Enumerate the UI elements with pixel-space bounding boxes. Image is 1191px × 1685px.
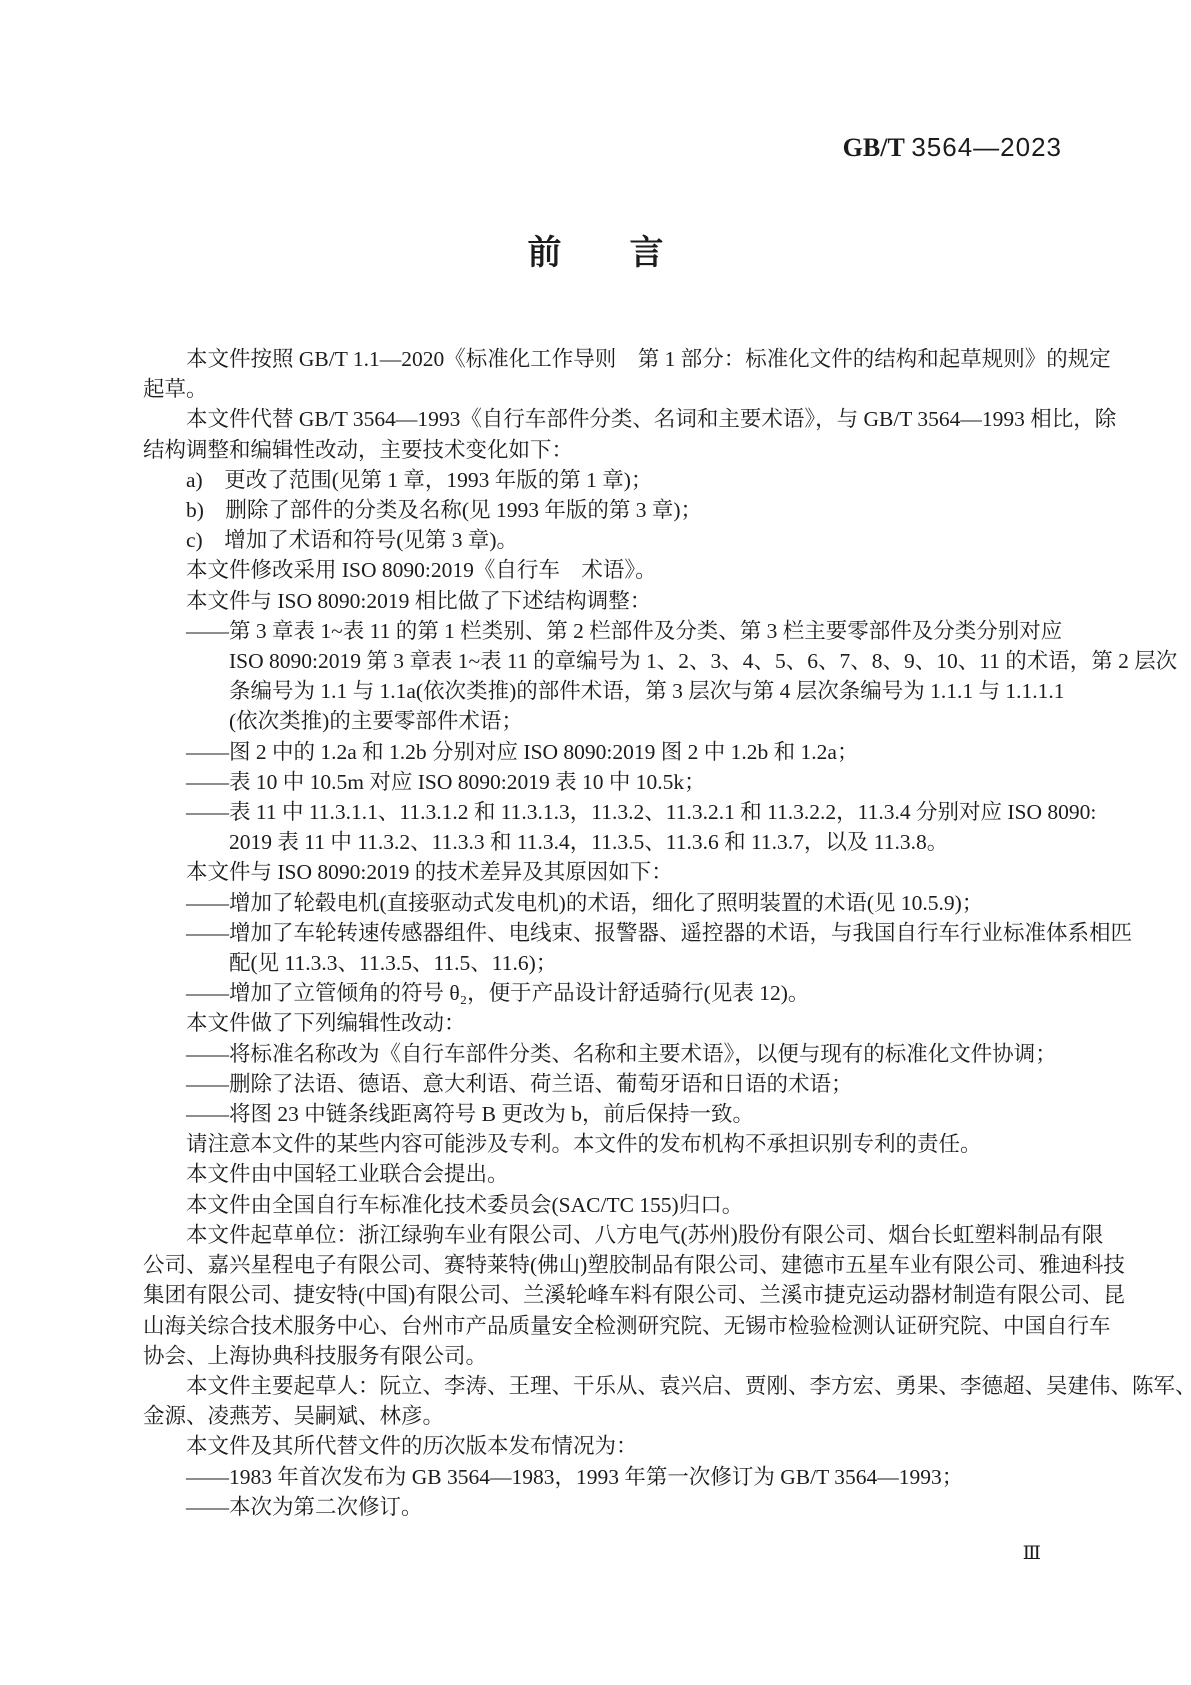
body-text: 本文件按照 GB/T 1.1—2020《标准化工作导则 第 1 部分：标准化文件…: [143, 344, 1061, 1522]
text-line: ——将图 23 中链条线距离符号 B 更改为 b，前后保持一致。: [186, 1099, 1061, 1129]
text-line: ISO 8090:2019 第 3 章表 1~表 11 的章编号为 1、2、3、…: [229, 646, 1061, 676]
text-line: 本文件与 ISO 8090:2019 相比做了下述结构调整：: [186, 586, 1061, 616]
text-line: 本文件修改采用 ISO 8090:2019《自行车 术语》。: [186, 555, 1061, 585]
text-line: 协会、上海协典科技服务有限公司。: [143, 1341, 1061, 1371]
text-line: 条编号为 1.1 与 1.1a(依次类推)的部件术语，第 3 层次与第 4 层次…: [229, 676, 1061, 706]
text-line: 请注意本文件的某些内容可能涉及专利。本文件的发布机构不承担识别专利的责任。: [186, 1129, 1061, 1159]
text-line: ——增加了车轮转速传感器组件、电线束、报警器、遥控器的术语，与我国自行车行业标准…: [186, 918, 1061, 948]
text-line: 2019 表 11 中 11.3.2、11.3.3 和 11.3.4，11.3.…: [229, 827, 1061, 857]
text-line: ——第 3 章表 1~表 11 的第 1 栏类别、第 2 栏部件及分类、第 3 …: [186, 616, 1061, 646]
standard-year-number: 3564—2023: [911, 132, 1062, 162]
text-line: 本文件由全国自行车标准化技术委员会(SAC/TC 155)归口。: [186, 1190, 1061, 1220]
text-line: 结构调整和编辑性改动，主要技术变化如下：: [143, 435, 1061, 465]
text-line: 起草。: [143, 374, 1061, 404]
text-line: ——1983 年首次发布为 GB 3564—1983，1993 年第一次修订为 …: [186, 1462, 1061, 1492]
text-line: 配(见 11.3.3、11.3.5、11.5、11.6)；: [229, 948, 1061, 978]
text-line: ——删除了法语、德语、意大利语、荷兰语、葡萄牙语和日语的术语；: [186, 1069, 1061, 1099]
text-line: 本文件起草单位：浙江绿驹车业有限公司、八方电气(苏州)股份有限公司、烟台长虹塑料…: [186, 1220, 1061, 1250]
text-line: a) 更改了范围(见第 1 章，1993 年版的第 1 章)；: [186, 465, 1061, 495]
standard-number: GB/T 3564—2023: [843, 134, 1062, 161]
text-line: (依次类推)的主要零部件术语；: [229, 706, 1061, 736]
page-number: Ⅲ: [1023, 1544, 1041, 1563]
text-line: ——本次为第二次修订。: [186, 1492, 1061, 1522]
text-line: ——表 10 中 10.5m 对应 ISO 8090:2019 表 10 中 1…: [186, 767, 1061, 797]
text-line: 本文件按照 GB/T 1.1—2020《标准化工作导则 第 1 部分：标准化文件…: [186, 344, 1061, 374]
page-title: 前 言: [0, 237, 1191, 271]
text-line: ——增加了立管倾角的符号 θ₂，便于产品设计舒适骑行(见表 12)。: [186, 978, 1061, 1008]
text-line: 集团有限公司、捷安特(中国)有限公司、兰溪轮峰车料有限公司、兰溪市捷克运动器材制…: [143, 1280, 1061, 1310]
text-line: 公司、嘉兴星程电子有限公司、赛特莱特(佛山)塑胶制品有限公司、建德市五星车业有限…: [143, 1250, 1061, 1280]
text-line: ——图 2 中的 1.2a 和 1.2b 分别对应 ISO 8090:2019 …: [186, 737, 1061, 767]
text-line: ——表 11 中 11.3.1.1、11.3.1.2 和 11.3.1.3，11…: [186, 797, 1061, 827]
standard-code: GB/T: [843, 133, 905, 162]
text-line: 金源、凌燕芳、吴嗣斌、林彦。: [143, 1401, 1061, 1431]
document-page: GB/T 3564—2023 前 言 本文件按照 GB/T 1.1—2020《标…: [0, 0, 1191, 1685]
text-line: 本文件代替 GB/T 3564—1993《自行车部件分类、名词和主要术语》，与 …: [186, 404, 1061, 434]
text-line: 本文件做了下列编辑性改动：: [186, 1008, 1061, 1038]
text-line: 本文件主要起草人：阮立、李涛、王理、干乐从、袁兴启、贾刚、李方宏、勇果、李德超、…: [186, 1371, 1061, 1401]
text-line: ——将标准名称改为《自行车部件分类、名称和主要术语》，以便与现有的标准化文件协调…: [186, 1039, 1061, 1069]
text-line: 本文件由中国轻工业联合会提出。: [186, 1159, 1061, 1189]
text-line: 本文件及其所代替文件的历次版本发布情况为：: [186, 1431, 1061, 1461]
text-line: 本文件与 ISO 8090:2019 的技术差异及其原因如下：: [186, 857, 1061, 887]
text-line: ——增加了轮毂电机(直接驱动式发电机)的术语，细化了照明装置的术语(见 10.5…: [186, 888, 1061, 918]
text-line: 山海关综合技术服务中心、台州市产品质量安全检测研究院、无锡市检验检测认证研究院、…: [143, 1311, 1061, 1341]
text-line: b) 删除了部件的分类及名称(见 1993 年版的第 3 章)；: [186, 495, 1061, 525]
text-line: c) 增加了术语和符号(见第 3 章)。: [186, 525, 1061, 555]
